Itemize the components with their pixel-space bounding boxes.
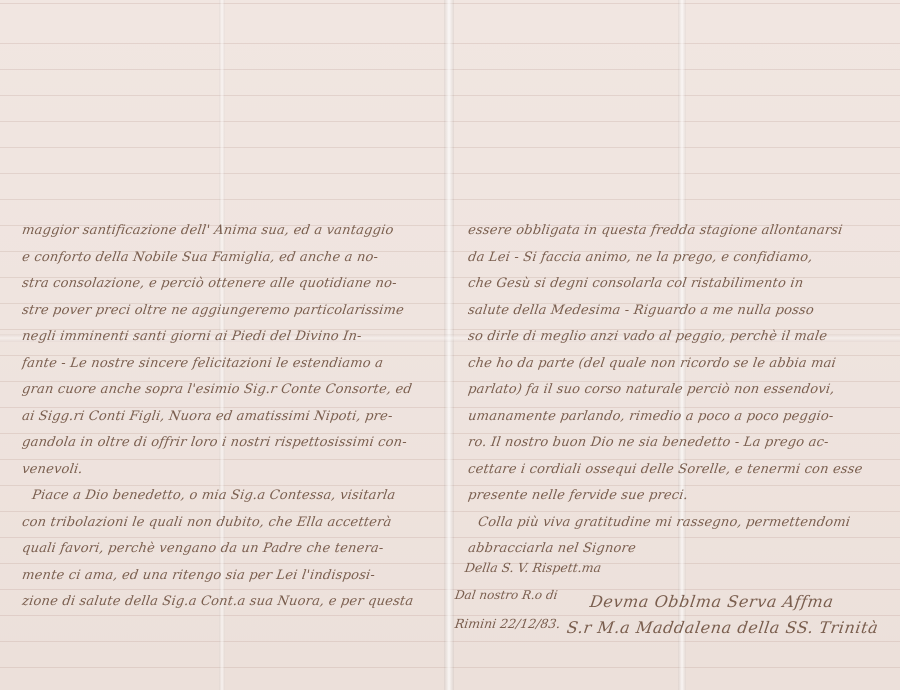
text-line: venevoli. bbox=[20, 457, 454, 484]
text-line: Piace a Dio benedetto, o mia Sig.a Conte… bbox=[20, 483, 454, 510]
text-line: Colla più viva gratitudine mi rassegno, … bbox=[466, 510, 900, 537]
signature-line-1: Devma Obblma Serva Affma bbox=[589, 592, 835, 611]
text-line: abbracciarla nel Signore bbox=[466, 536, 900, 563]
text-line: essere obbligata in questa fredda stagio… bbox=[466, 218, 900, 245]
text-line: da Lei - Si faccia animo, ne la prego, e… bbox=[466, 245, 900, 272]
text-line: stre pover preci oltre ne aggiungeremo p… bbox=[20, 298, 454, 325]
text-line: negli imminenti santi giorni ai Piedi de… bbox=[20, 324, 454, 351]
text-line: che Gesù si degni consolarla col ristabi… bbox=[466, 271, 900, 298]
text-line: ro. Il nostro buon Dio ne sia benedetto … bbox=[466, 430, 900, 457]
text-line: con tribolazioni le quali non dubito, ch… bbox=[20, 510, 454, 537]
text-line: quali favori, perchè vengano da un Padre… bbox=[20, 536, 454, 563]
left-page-text: maggior santificazione dell' Anima sua, … bbox=[22, 218, 452, 616]
text-line: maggior santificazione dell' Anima sua, … bbox=[20, 218, 454, 245]
right-page-text: essere obbligata in questa fredda stagio… bbox=[468, 218, 898, 563]
place-and-date: Rimini 22/12/83. bbox=[454, 616, 562, 631]
text-line: presente nelle fervide sue preci. bbox=[466, 483, 900, 510]
text-line: so dirle di meglio anzi vado al peggio, … bbox=[466, 324, 900, 351]
convent-reference: Dal nostro R.o di bbox=[454, 588, 559, 602]
text-line: gran cuore anche sopra l'esimio Sig.r Co… bbox=[20, 377, 454, 404]
text-line: stra consolazione, e perciò ottenere all… bbox=[20, 271, 454, 298]
text-line: salute della Medesima - Riguardo a me nu… bbox=[466, 298, 900, 325]
signature-line-2: S.r M.a Maddalena della SS. Trinità bbox=[566, 618, 880, 637]
text-line: umanamente parlando, rimedio a poco a po… bbox=[466, 404, 900, 431]
closing-salutation: Della S. V. Rispett.ma bbox=[464, 560, 602, 575]
text-line: cettare i cordiali ossequi delle Sorelle… bbox=[466, 457, 900, 484]
text-line: che ho da parte (del quale non ricordo s… bbox=[466, 351, 900, 378]
letter-paper: maggior santificazione dell' Anima sua, … bbox=[0, 0, 900, 690]
text-line: mente ci ama, ed una ritengo sia per Lei… bbox=[20, 563, 454, 590]
text-line: fante - Le nostre sincere felicitazioni … bbox=[20, 351, 454, 378]
text-line: parlato) fa il suo corso naturale perciò… bbox=[466, 377, 900, 404]
text-line: ai Sigg.ri Conti Figli, Nuora ed amatiss… bbox=[20, 404, 454, 431]
text-line: gandola in oltre di offrir loro i nostri… bbox=[20, 430, 454, 457]
text-line: zione di salute della Sig.a Cont.a sua N… bbox=[20, 589, 454, 616]
text-line: e conforto della Nobile Sua Famiglia, ed… bbox=[20, 245, 454, 272]
